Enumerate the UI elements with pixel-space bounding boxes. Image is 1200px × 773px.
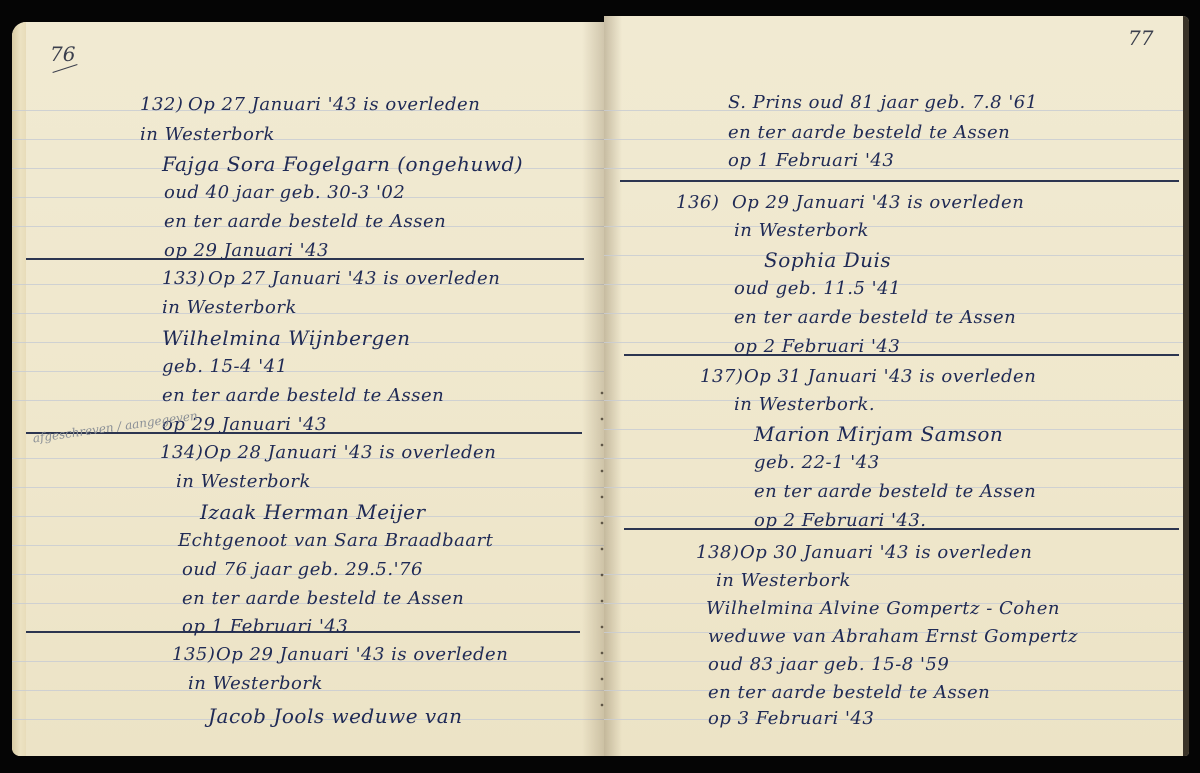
entry-number: 133): [162, 268, 205, 289]
ruled-line: [604, 719, 1189, 720]
entry-divider: [624, 354, 1179, 356]
entry-line: en ter aarde besteld te Assen: [734, 307, 1016, 328]
entry-line: oud 83 jaar geb. 15-8 '59: [708, 654, 949, 675]
entry-line: geb. 15-4 '41: [162, 356, 288, 377]
entry-name: Wilhelmina Alvine Gompertz - Cohen: [706, 598, 1060, 619]
entry-name: Jacob Jools weduwe van: [208, 704, 463, 728]
entry-line: oud geb. 11.5 '41: [734, 278, 901, 299]
ruled-line: [604, 400, 1189, 401]
entry-line: oud 76 jaar geb. 29.5.'76: [182, 559, 423, 580]
entry-name: Sophia Duis: [764, 248, 891, 272]
entry-line: geb. 22-1 '43: [754, 452, 880, 473]
ruled-line: [604, 458, 1189, 459]
entry-line: oud 40 jaar geb. 30-3 '02: [164, 182, 405, 203]
entry-line: op 1 Februari '43: [728, 150, 894, 171]
page-number: 76: [50, 42, 75, 66]
entry-number: 138): [696, 542, 739, 563]
right-page: 77 S. Prins oud 81 jaar geb. 7.8 '61 en …: [604, 16, 1189, 756]
entry-line: in Westerbork: [188, 673, 323, 694]
entry-number: 134): [160, 442, 203, 463]
ruled-line: [604, 168, 1189, 169]
open-notebook: 76 132) Op 27 Januari '43 is overleden i…: [0, 0, 1200, 773]
entry-line: in Westerbork: [140, 124, 275, 145]
entry-line: in Westerbork.: [734, 394, 875, 415]
entry-number: 132): [140, 94, 183, 115]
entry-name: Marion Mirjam Samson: [754, 422, 1003, 446]
entry-line: weduwe van Abraham Ernst Gompertz: [708, 626, 1078, 647]
ruled-line: [12, 139, 604, 140]
entry-line: op 2 Februari '43: [734, 336, 900, 357]
entry-line: in Westerbork: [734, 220, 869, 241]
ruled-line: [604, 255, 1189, 256]
entry-line: Op 29 Januari '43 is overleden: [216, 644, 508, 665]
entry-divider: [620, 180, 1179, 182]
ruled-line: [12, 313, 604, 314]
entry-line: op 29 Januari '43: [164, 240, 329, 261]
entry-line: Echtgenoot van Sara Braadbaart: [178, 530, 493, 551]
entry-name: Wilhelmina Wijnbergen: [162, 326, 411, 350]
ruled-line: [12, 371, 604, 372]
entry-line: Op 30 Januari '43 is overleden: [740, 542, 1032, 563]
entry-number: 137): [700, 366, 743, 387]
entry-line: en ter aarde besteld te Assen: [754, 481, 1036, 502]
entry-line: Op 29 Januari '43 is overleden: [732, 192, 1024, 213]
entry-line: op 1 Februari '43: [182, 616, 348, 637]
page-number: 77: [1128, 26, 1153, 50]
entry-line: en ter aarde besteld te Assen: [162, 385, 444, 406]
entry-line: S. Prins oud 81 jaar geb. 7.8 '61: [728, 92, 1038, 113]
entry-line: Op 28 Januari '43 is overleden: [204, 442, 496, 463]
ruled-line: [604, 574, 1189, 575]
left-page: 76 132) Op 27 Januari '43 is overleden i…: [12, 22, 604, 756]
entry-name: Fajga Sora Fogelgarn (ongehuwd): [162, 152, 523, 176]
entry-line: in Westerbork: [162, 297, 297, 318]
entry-line: Op 27 Januari '43 is overleden: [208, 268, 500, 289]
entry-line: op 2 Februari '43.: [754, 510, 927, 531]
entry-line: en ter aarde besteld te Assen: [708, 682, 990, 703]
ruled-line: [604, 226, 1189, 227]
entry-line: in Westerbork: [176, 471, 311, 492]
entry-line: en ter aarde besteld te Assen: [164, 211, 446, 232]
entry-line: Op 31 Januari '43 is overleden: [744, 366, 1036, 387]
entry-line: op 3 Februari '43: [708, 708, 874, 729]
entry-line: en ter aarde besteld te Assen: [182, 588, 464, 609]
entry-line: in Westerbork: [716, 570, 851, 591]
entry-number: 135): [172, 644, 215, 665]
entry-line: en ter aarde besteld te Assen: [728, 122, 1010, 143]
entry-line: Op 27 Januari '43 is overleden: [188, 94, 480, 115]
entry-number: 136): [676, 192, 719, 213]
entry-name: Izaak Herman Meijer: [200, 500, 426, 524]
